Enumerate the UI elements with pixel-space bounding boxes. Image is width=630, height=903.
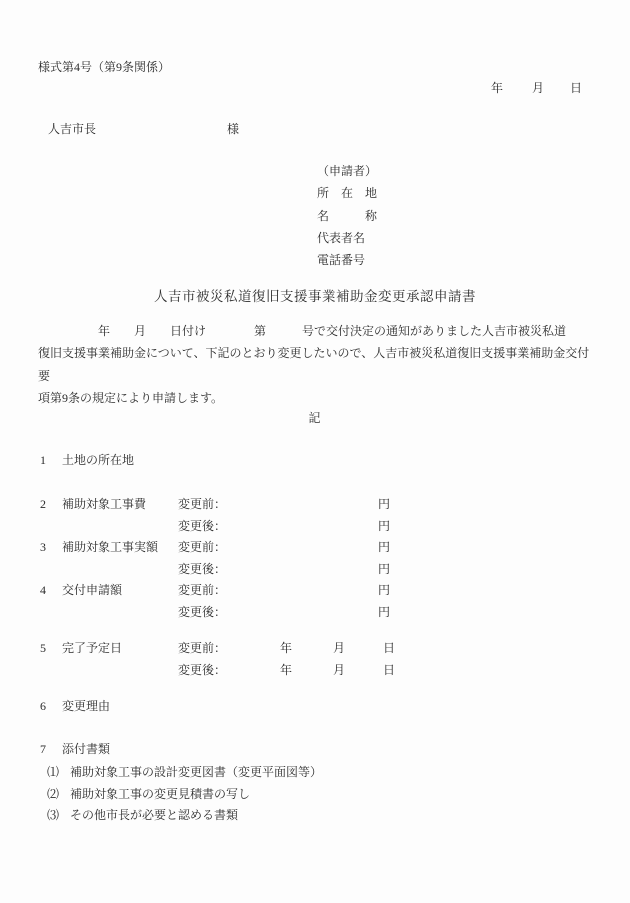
body-paragraph: 年 月 日付け 第 号で交付決定の通知がありました人吉市被災私道 復旧支援事業補… — [38, 320, 594, 410]
addressee-honorific: 様 — [227, 120, 239, 137]
body-line-3: 項第9条の規定により申請します。 — [38, 387, 594, 409]
item-label: 交付申請額 — [62, 580, 178, 602]
item-label: 土地の所在地 — [62, 450, 134, 472]
item-number: 6 — [38, 696, 62, 718]
before-change-label: 変更前： — [178, 537, 378, 559]
attachment-item-1: ⑴ 補助対象工事の設計変更図書（変更平面図等） — [47, 762, 594, 784]
applicant-name-label: 名 称 — [317, 205, 377, 227]
attachment-text: その他市長が必要と認める書類 — [70, 805, 238, 827]
before-change-label: 変更前： — [178, 580, 378, 602]
item-land-location: 1 土地の所在地 — [38, 450, 594, 472]
application-form-page: 様式第4号（第9条関係） 年 月 日 人吉市長 様 （申請者） 所 在 地 名 … — [0, 0, 630, 903]
item-actual-cost-before: 3 補助対象工事実額 変更前： 円 — [38, 537, 594, 559]
document-title: 人吉市被災私道復旧支援事業補助金変更承認申請書 — [0, 285, 630, 305]
body-line-2: 復旧支援事業補助金について、下記のとおり変更したいので、人吉市被災私道復旧支援事… — [38, 342, 594, 387]
addressee-line: 人吉市長 様 — [48, 120, 239, 137]
attachment-marker: ⑵ — [47, 784, 70, 806]
date-day-label: 日 — [570, 81, 582, 95]
item-label: 補助対象工事実額 — [62, 537, 178, 559]
item-number: 4 — [38, 580, 62, 602]
item-attachments: 7 添付書類 — [38, 739, 594, 761]
record-mark: 記 — [0, 409, 630, 426]
date-month-label: 月 — [532, 81, 544, 95]
item-number: 7 — [38, 739, 62, 761]
before-change-label: 変更前： — [178, 638, 280, 660]
yen-unit-label: 円 — [378, 494, 390, 516]
item-change-reason: 6 変更理由 — [38, 696, 594, 718]
item-subsidized-cost-before: 2 補助対象工事費 変更前： 円 — [38, 494, 594, 516]
yen-unit-label: 円 — [378, 580, 390, 602]
body-line-1: 年 月 日付け 第 号で交付決定の通知がありました人吉市被災私道 — [38, 320, 594, 342]
yen-unit-label: 円 — [378, 516, 390, 538]
after-change-label: 変更後： — [178, 602, 378, 624]
yen-unit-label: 円 — [378, 537, 390, 559]
item-completion-date-before: 5 完了予定日 変更前： 年 月 日 — [38, 638, 594, 660]
items-list: 1 土地の所在地 2 補助対象工事費 変更前： 円 変更後： 円 3 補助対象工… — [38, 450, 594, 827]
form-number: 様式第4号（第9条関係） — [38, 58, 170, 75]
year-label: 年 — [280, 638, 333, 660]
date-year-label: 年 — [491, 81, 503, 95]
item-grant-amount-after: 変更後： 円 — [38, 602, 594, 624]
attachment-marker: ⑶ — [47, 805, 70, 827]
month-label: 月 — [333, 638, 383, 660]
item-completion-date-after: 変更後： 年 月 日 — [38, 660, 594, 682]
applicant-phone-label: 電話番号 — [317, 249, 377, 271]
item-number: 1 — [38, 450, 62, 472]
attachment-text: 補助対象工事の変更見積書の写し — [70, 784, 250, 806]
date-line: 年 月 日 — [491, 79, 582, 96]
item-grant-amount-before: 4 交付申請額 変更前： 円 — [38, 580, 594, 602]
applicant-block: （申請者） 所 在 地 名 称 代表者名 電話番号 — [317, 160, 377, 271]
yen-unit-label: 円 — [378, 559, 390, 581]
item-number: 5 — [38, 638, 62, 660]
day-label: 日 — [383, 638, 395, 660]
item-label: 補助対象工事費 — [62, 494, 178, 516]
month-label: 月 — [333, 660, 383, 682]
day-label: 日 — [383, 660, 395, 682]
item-label: 変更理由 — [62, 696, 110, 718]
before-change-label: 変更前： — [178, 494, 378, 516]
item-actual-cost-after: 変更後： 円 — [38, 559, 594, 581]
item-subsidized-cost-after: 変更後： 円 — [38, 516, 594, 538]
addressee-title: 人吉市長 — [48, 120, 96, 137]
item-label: 添付書類 — [62, 739, 110, 761]
year-label: 年 — [280, 660, 333, 682]
attachment-marker: ⑴ — [47, 762, 70, 784]
applicant-address-label: 所 在 地 — [317, 182, 377, 204]
after-change-label: 変更後： — [178, 516, 378, 538]
item-label: 完了予定日 — [62, 638, 178, 660]
applicant-heading: （申請者） — [317, 160, 377, 182]
attachment-item-2: ⑵ 補助対象工事の変更見積書の写し — [47, 784, 594, 806]
after-change-label: 変更後： — [178, 559, 378, 581]
yen-unit-label: 円 — [378, 602, 390, 624]
applicant-representative-label: 代表者名 — [317, 227, 377, 249]
attachment-text: 補助対象工事の設計変更図書（変更平面図等） — [70, 762, 322, 784]
item-number: 3 — [38, 537, 62, 559]
attachment-item-3: ⑶ その他市長が必要と認める書類 — [47, 805, 594, 827]
after-change-label: 変更後： — [178, 660, 280, 682]
item-number: 2 — [38, 494, 62, 516]
